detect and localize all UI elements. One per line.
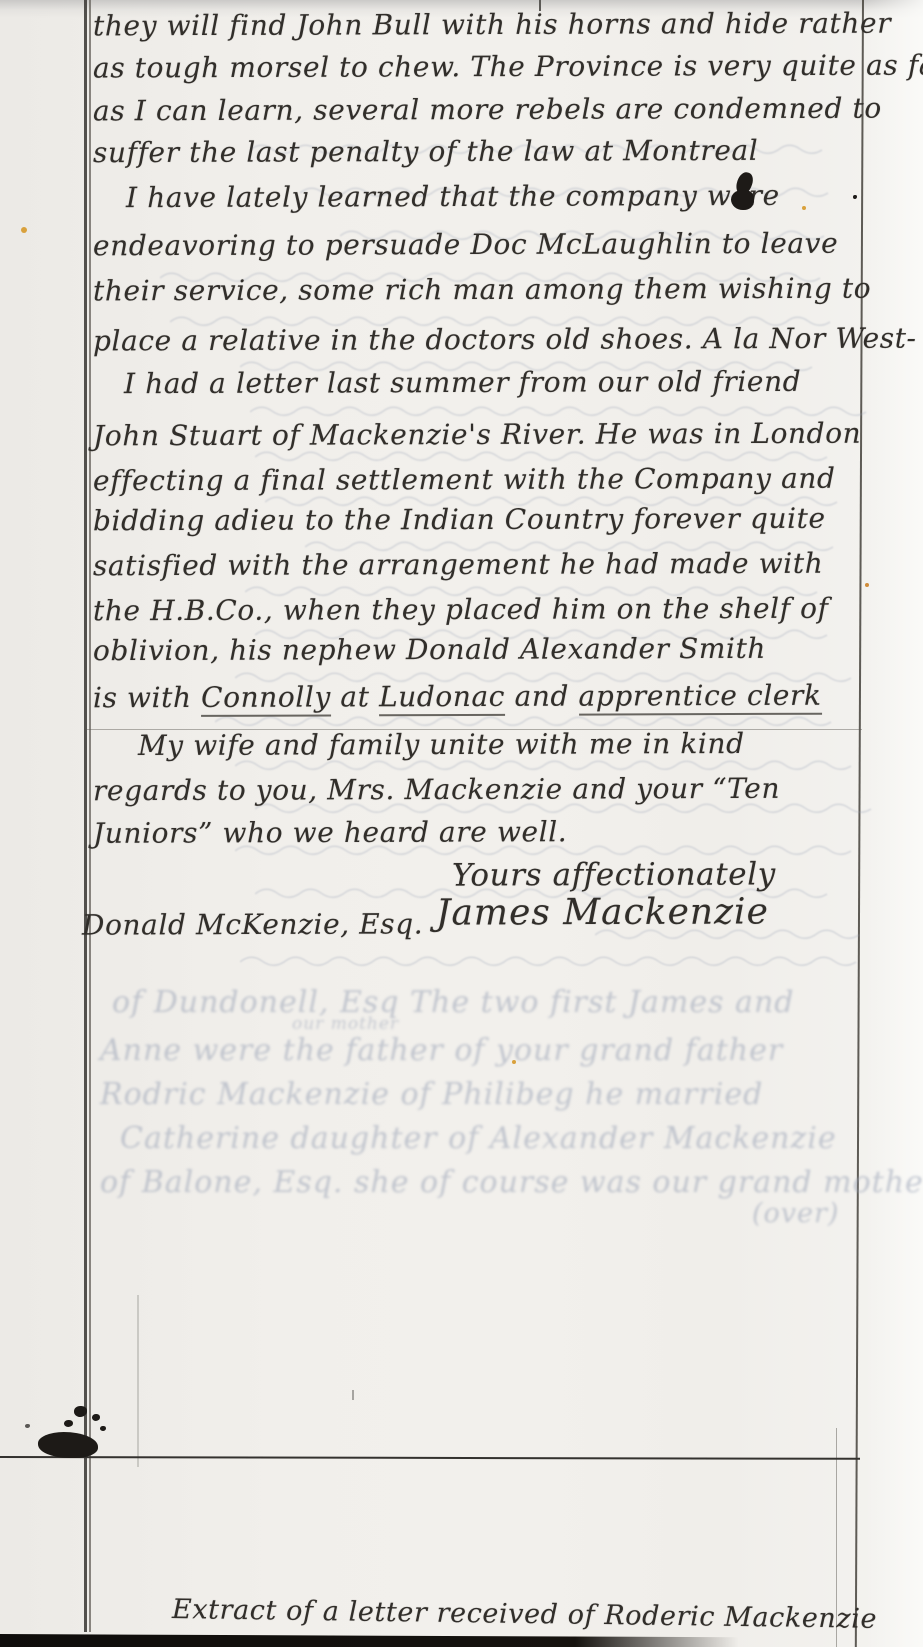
ghost-squiggle-line [240, 952, 860, 972]
ghost-text-line: Rodric Mackenzie of Philibeg he married [100, 1077, 763, 1112]
letter-line: as tough morsel to chew. The Province is… [93, 46, 923, 89]
connolly-segment-underlined: Connolly [201, 680, 331, 716]
letter-line: bidding adieu to the Indian Country fore… [93, 499, 826, 542]
letter-line: the H.B.Co., when they placed him on the… [93, 589, 829, 632]
ink-blot-montreal [731, 190, 754, 210]
letter-line: effecting a final settlement with the Co… [93, 459, 836, 502]
letter-line: regards to you, Mrs. Mackenzie and your … [93, 769, 780, 811]
letter-line: their service, some rich man among them … [93, 269, 871, 312]
letter-line: satisfied with the arrangement he had ma… [93, 544, 823, 587]
letter-line: suffer the last penalty of the law at Mo… [93, 131, 758, 173]
letter-line-connolly: is with Connolly at Ludonac and apprenti… [93, 676, 822, 719]
ghost-text-line: of Balone, Esq. she of course was our gr… [100, 1165, 923, 1200]
connolly-segment-underlined: apprentice clerk [578, 679, 821, 716]
letter-line: as I can learn, several more rebels are … [93, 89, 882, 132]
ghost-text-line: Anne were the father of your grand fathe… [100, 1033, 783, 1068]
letter-line: I had a letter last summer from our old … [124, 362, 801, 404]
paper-speck [512, 1060, 516, 1064]
closing-line: Yours affectionately [452, 854, 776, 895]
letter-scan-page: of Dundonell, Esq The two first James an… [0, 0, 923, 1647]
letter-line: My wife and family unite with me in kind [138, 724, 745, 766]
letter-line: I have lately learned that the company w… [126, 176, 780, 218]
connolly-segment: and [505, 680, 579, 713]
ghost-text-insert: our mother [292, 1014, 399, 1034]
letter-line: endeavoring to persuade Doc McLaughlin t… [93, 224, 838, 267]
connolly-segment: at [331, 680, 379, 713]
ghost-text-line: of Dundonell, Esq The two first James an… [112, 985, 794, 1020]
paper-speck [865, 583, 869, 587]
paper-speck [802, 206, 806, 210]
paper-speck [21, 227, 27, 233]
letter-line: place a relative in the doctors old shoe… [93, 319, 917, 362]
ink-blot-bottom-left [38, 1432, 98, 1458]
signature-name: James Mackenzie [436, 892, 769, 933]
connolly-segment-underlined: Ludonac [379, 680, 505, 716]
letter-line: John Stuart of Mackenzie's River. He was… [93, 414, 861, 457]
letter-line: oblivion, his nephew Donald Alexander Sm… [93, 629, 766, 671]
ghost-text-line: Catherine daughter of Alexander Mackenzi… [120, 1121, 837, 1156]
addressee-name: Donald McKenzie, Esq. [82, 904, 423, 945]
ghost-text-over: (over) [752, 1198, 839, 1229]
letter-line: Juniors” who we heard are well. [93, 812, 567, 854]
letter-line: they will find John Bull with his horns … [93, 4, 891, 47]
connolly-segment: is with [93, 681, 201, 714]
